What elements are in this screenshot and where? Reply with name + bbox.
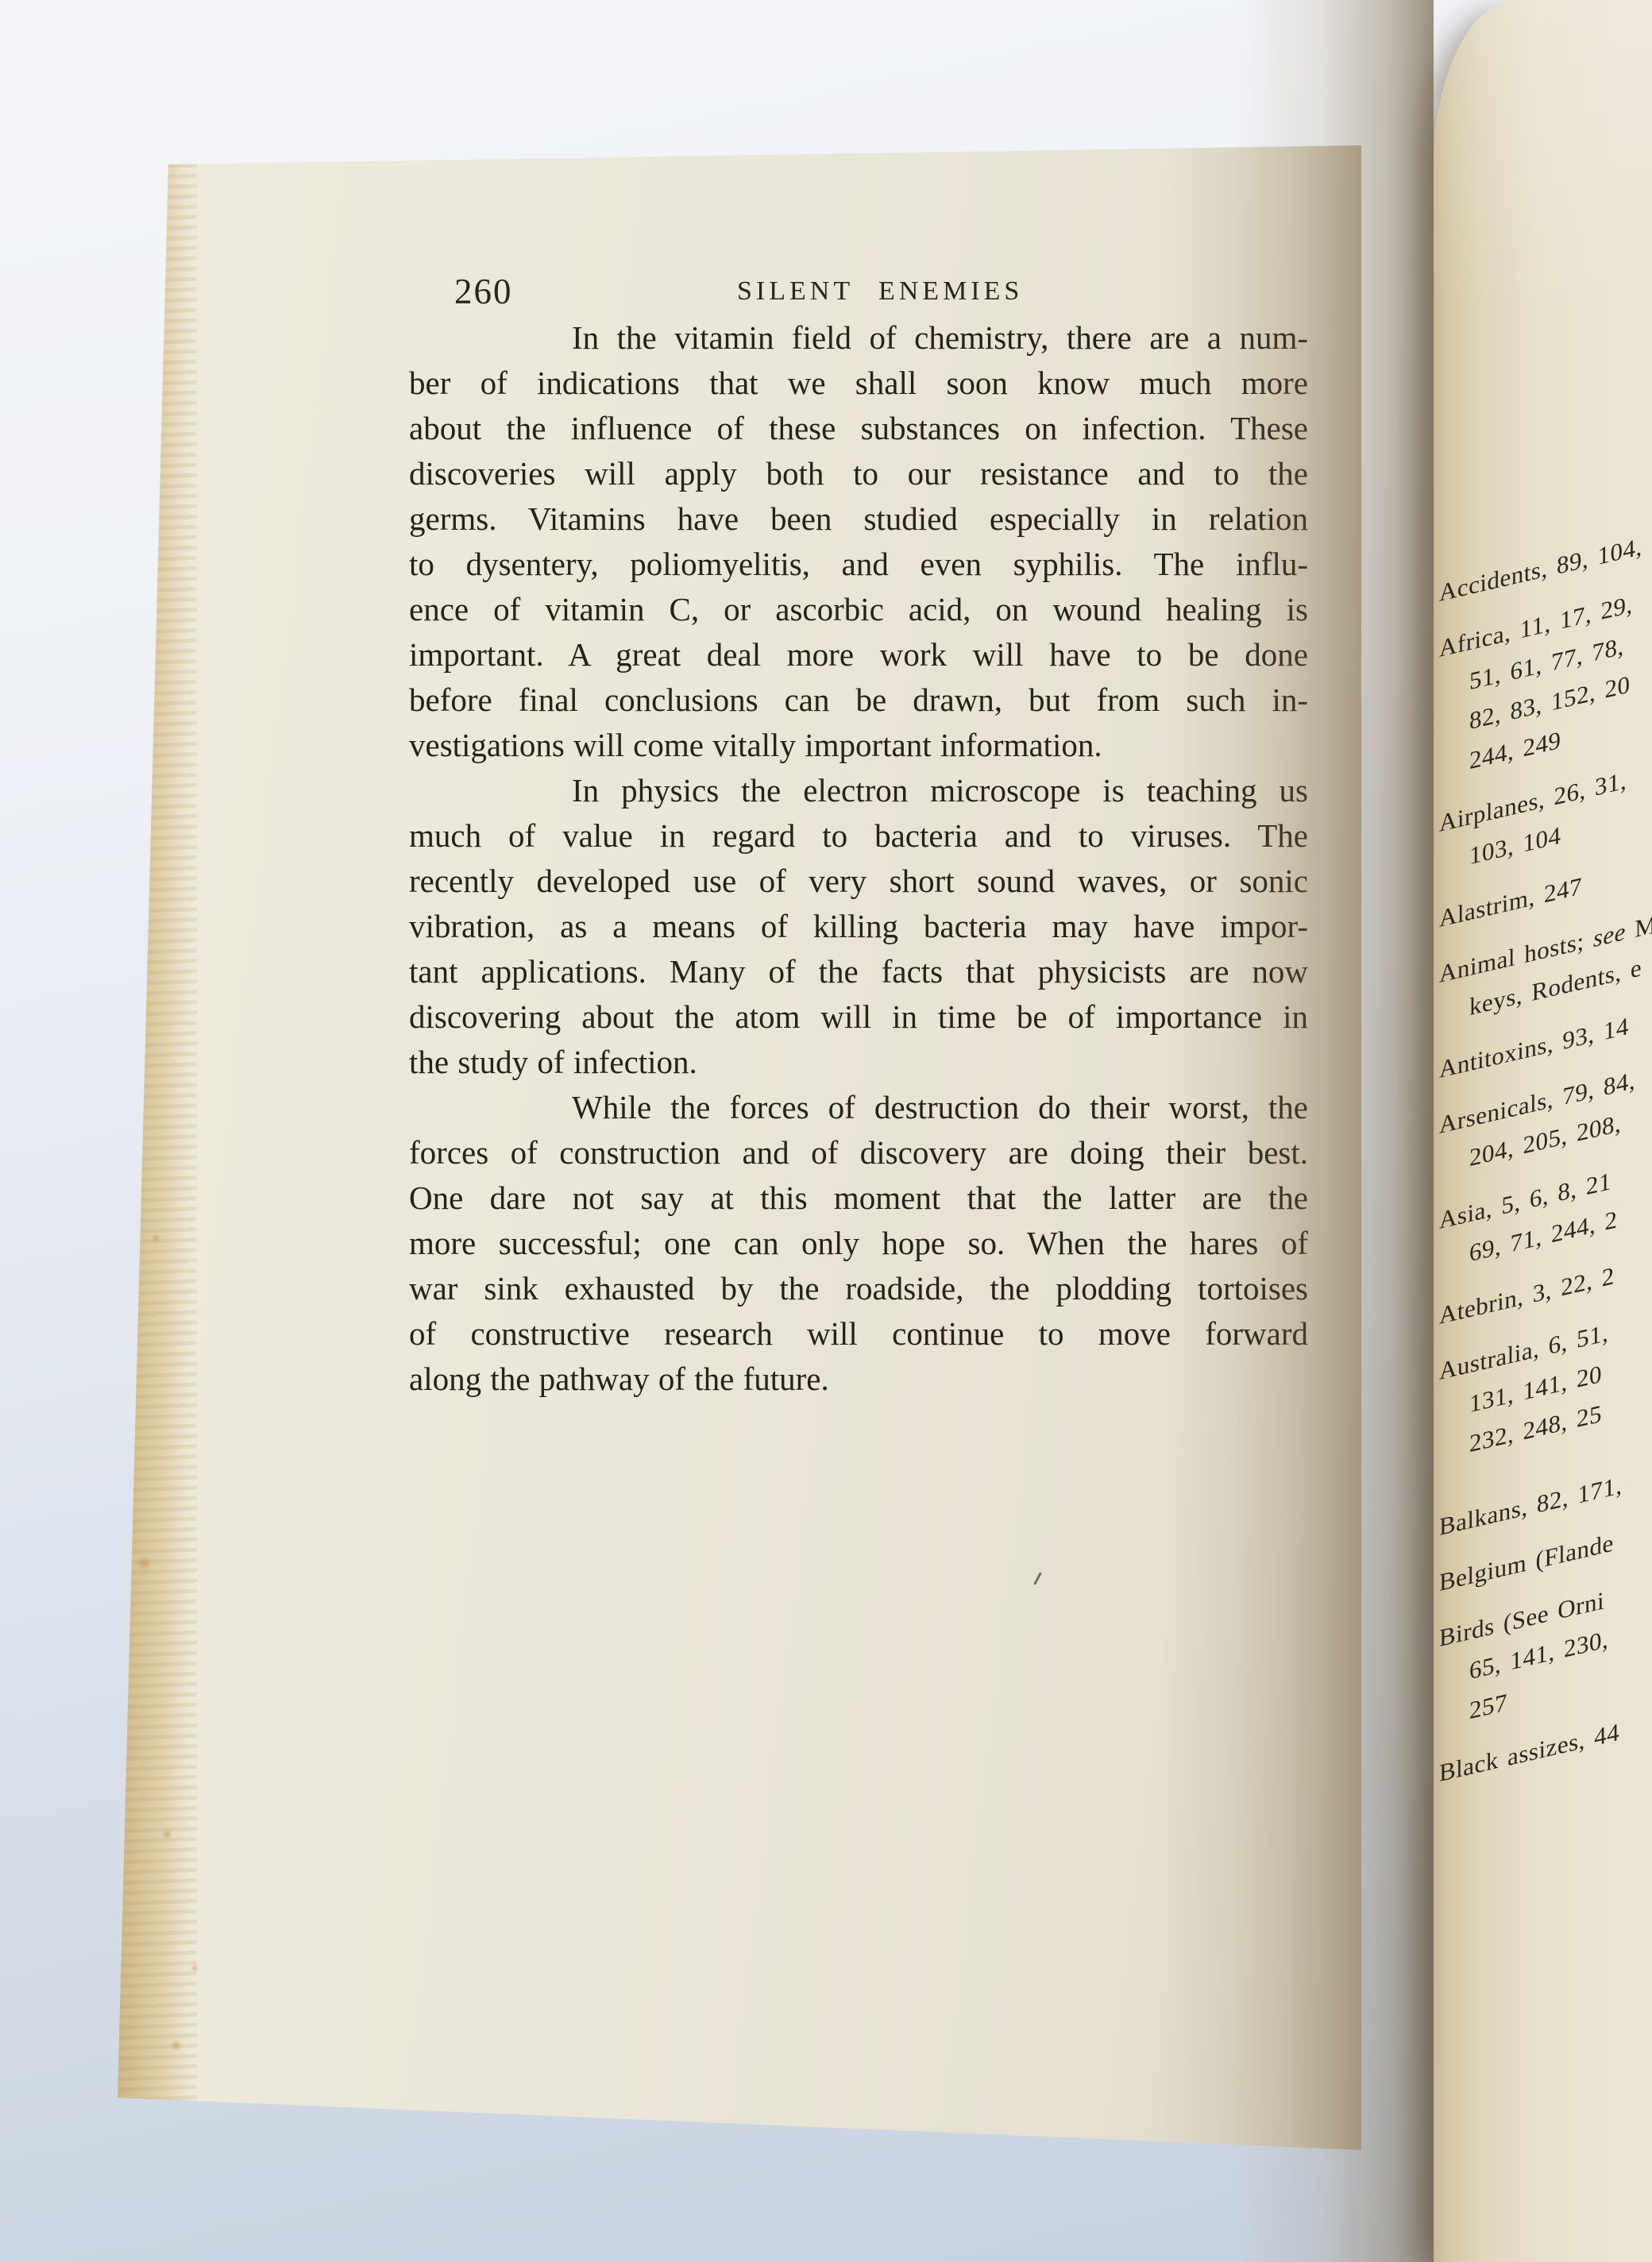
page-edge-deckle	[118, 145, 197, 2150]
foxing-spot	[137, 1555, 152, 1571]
foxing-spot	[162, 1829, 172, 1839]
body-text-line: germs. Vitamins have been studied especi…	[409, 496, 1308, 542]
body-text-line: about the influence of these substances …	[409, 406, 1308, 451]
running-header: SILENT ENEMIES	[737, 276, 1023, 307]
index-letter-group: Accidents, 89, 104,Africa, 11, 17, 29,51…	[1439, 460, 1652, 1471]
body-text-line: ence of vitamin C, or ascorbic acid, on …	[409, 587, 1308, 632]
body-text-line: One dare not say at this moment that the…	[409, 1175, 1308, 1221]
body-text-line: war sink exhausted by the roadside, the …	[409, 1266, 1308, 1311]
body-text-line: the study of infection.	[409, 1040, 1308, 1085]
body-text-line: ber of indications that we shall soon kn…	[409, 361, 1308, 406]
page-number: 260	[454, 271, 513, 312]
foxing-spot	[141, 558, 152, 569]
index-column: Accidents, 89, 104,Africa, 11, 17, 29,51…	[1439, 460, 1652, 1809]
stray-ink-mark	[1033, 1572, 1042, 1585]
foxing-spot	[151, 1233, 160, 1243]
book-photo: { "photo": { "backdrop_top_color": "#f3f…	[0, 0, 1652, 2262]
body-text-line: While the forces of destruction do their…	[409, 1085, 1308, 1130]
body-text-line: before final conclusions can be drawn, b…	[409, 677, 1308, 723]
left-book-page: 260 SILENT ENEMIES In the vitamin field …	[118, 145, 1361, 2150]
body-text-line: along the pathway of the future.	[409, 1357, 1308, 1402]
body-text-line: recently developed use of very short sou…	[409, 859, 1308, 904]
body-text-line: forces of construction and of discovery …	[409, 1130, 1308, 1175]
body-text-line: to dysentery, poliomyelitis, and even sy…	[409, 542, 1308, 587]
foxing-spot	[130, 864, 145, 878]
right-book-page: Accidents, 89, 104,Africa, 11, 17, 29,51…	[1434, 0, 1652, 2262]
body-text-block: In the vitamin field of chemistry, there…	[409, 315, 1308, 1402]
body-text-line: of constructive research will continue t…	[409, 1311, 1308, 1357]
body-text-line: In physics the electron microscope is te…	[409, 768, 1308, 813]
foxing-spot	[191, 1964, 199, 1972]
body-text-line: tant applications. Many of the facts tha…	[409, 949, 1308, 994]
foxing-spot	[170, 2040, 182, 2052]
body-text-line: much of value in regard to bacteria and …	[409, 813, 1308, 859]
index-entry-line: Accidents, 89, 104,	[1469, 460, 1652, 606]
body-text-line: important. A great deal more work will h…	[409, 632, 1308, 677]
body-text-line: more successful; one can only hope so. W…	[409, 1221, 1308, 1266]
body-text-line: vestigations will come vitally important…	[409, 723, 1308, 768]
body-text-line: In the vitamin field of chemistry, there…	[409, 315, 1308, 361]
body-text-line: discovering about the atom will in time …	[409, 994, 1308, 1040]
body-text-line: vibration, as a means of killing bacteri…	[409, 904, 1308, 949]
body-text-line: discoveries will apply both to our resis…	[409, 451, 1308, 496]
